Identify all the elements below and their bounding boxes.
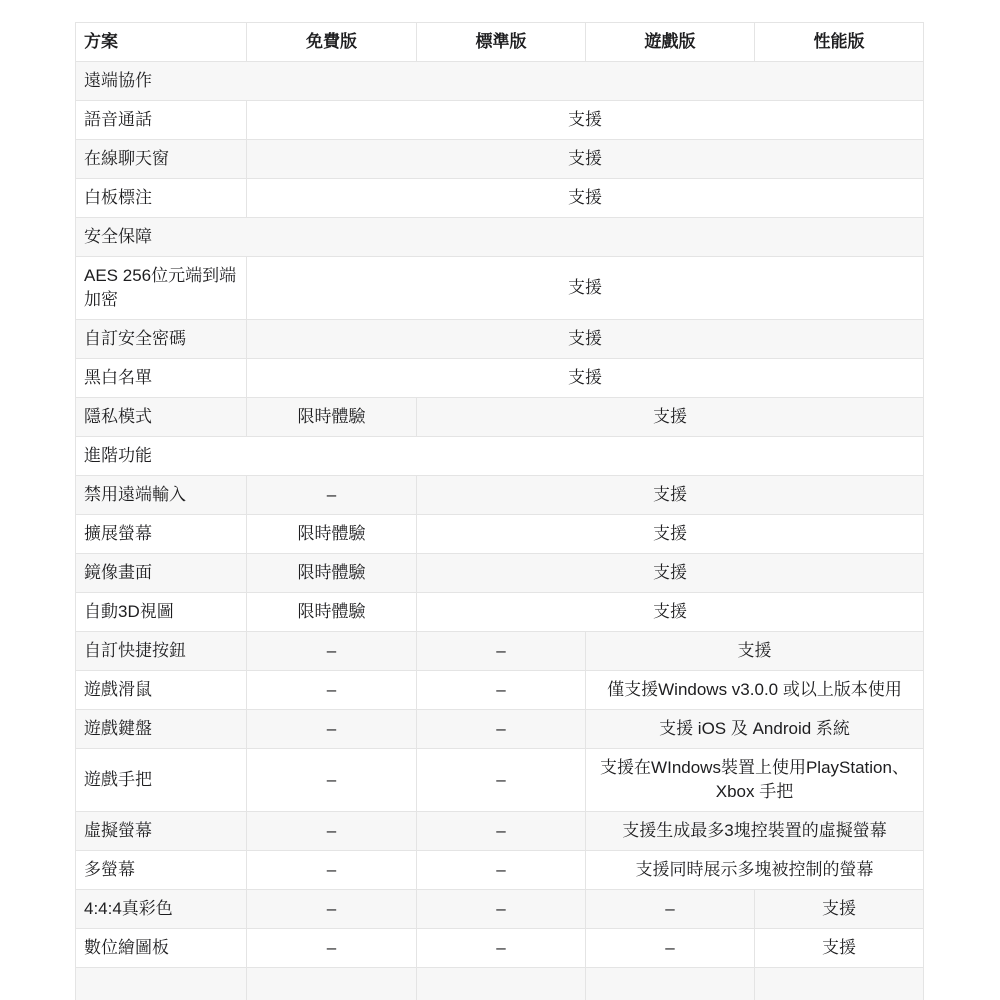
feature-label [76, 968, 247, 1000]
feature-value: 支援 [417, 476, 924, 515]
feature-label: 隱私模式 [76, 398, 247, 437]
feature-row-game-keyboard: 遊戲鍵盤 – – 支援 iOS 及 Android 系統 [76, 710, 924, 749]
feature-value-free: – [247, 749, 417, 812]
section-label: 進階功能 [76, 437, 924, 476]
feature-label: 遊戲滑鼠 [76, 671, 247, 710]
table-header: 方案 免費版 標準版 遊戲版 性能版 [76, 23, 924, 62]
feature-value-free: 限時體驗 [247, 515, 417, 554]
feature-row-partial [76, 968, 924, 1000]
feature-value-free: – [247, 890, 417, 929]
feature-value: 支援在WIndows裝置上使用PlayStation、Xbox 手把 [586, 749, 924, 812]
feature-value: 支援 [247, 359, 924, 398]
feature-row-game-controller: 遊戲手把 – – 支援在WIndows裝置上使用PlayStation、Xbox… [76, 749, 924, 812]
feature-value-free: – [247, 632, 417, 671]
feature-label: 遊戲鍵盤 [76, 710, 247, 749]
feature-row-blacklist-whitelist: 黑白名單 支援 [76, 359, 924, 398]
feature-label: AES 256位元端到端加密 [76, 257, 247, 320]
header-free: 免費版 [247, 23, 417, 62]
feature-label: 語音通話 [76, 101, 247, 140]
feature-value-standard: – [417, 812, 586, 851]
feature-value-standard: – [417, 749, 586, 812]
feature-value-standard: – [417, 851, 586, 890]
section-row-security: 安全保障 [76, 218, 924, 257]
feature-value: 支援同時展示多塊被控制的螢幕 [586, 851, 924, 890]
feature-label: 自訂快捷按鈕 [76, 632, 247, 671]
feature-value: 支援生成最多3塊控裝置的虛擬螢幕 [586, 812, 924, 851]
feature-value-standard: – [417, 710, 586, 749]
feature-label: 擴展螢幕 [76, 515, 247, 554]
header-performance: 性能版 [755, 23, 924, 62]
feature-value-free: – [247, 851, 417, 890]
feature-value: 支援 [586, 632, 924, 671]
feature-value-free: – [247, 710, 417, 749]
feature-row-mirror-screen: 鏡像畫面 限時體驗 支援 [76, 554, 924, 593]
feature-value-game [586, 968, 755, 1000]
section-row-remote-collab: 遠端協作 [76, 62, 924, 101]
feature-value-standard: – [417, 671, 586, 710]
feature-value-game: – [586, 929, 755, 968]
feature-row-online-chat: 在線聊天窗 支援 [76, 140, 924, 179]
feature-row-disable-remote-input: 禁用遠端輸入 – 支援 [76, 476, 924, 515]
feature-label: 數位繪圖板 [76, 929, 247, 968]
header-standard: 標準版 [417, 23, 586, 62]
feature-row-virtual-screen: 虛擬螢幕 – – 支援生成最多3塊控裝置的虛擬螢幕 [76, 812, 924, 851]
feature-value-free: 限時體驗 [247, 593, 417, 632]
feature-value-free [247, 968, 417, 1000]
feature-value-performance: 支援 [755, 890, 924, 929]
feature-value: 支援 [247, 179, 924, 218]
section-row-advanced: 進階功能 [76, 437, 924, 476]
feature-row-aes-encryption: AES 256位元端到端加密 支援 [76, 257, 924, 320]
feature-label: 4:4:4真彩色 [76, 890, 247, 929]
feature-value-free: – [247, 476, 417, 515]
feature-label: 虛擬螢幕 [76, 812, 247, 851]
feature-value: 僅支援Windows v3.0.0 或以上版本使用 [586, 671, 924, 710]
feature-label: 自訂安全密碼 [76, 320, 247, 359]
feature-row-digital-drawing-board: 數位繪圖板 – – – 支援 [76, 929, 924, 968]
feature-row-game-mouse: 遊戲滑鼠 – – 僅支援Windows v3.0.0 或以上版本使用 [76, 671, 924, 710]
feature-label: 多螢幕 [76, 851, 247, 890]
feature-value: 支援 [247, 140, 924, 179]
feature-value-free: 限時體驗 [247, 398, 417, 437]
feature-value-free: 限時體驗 [247, 554, 417, 593]
feature-value: 支援 [417, 554, 924, 593]
header-row: 方案 免費版 標準版 遊戲版 性能版 [76, 23, 924, 62]
feature-row-custom-shortcut: 自訂快捷按鈕 – – 支援 [76, 632, 924, 671]
feature-row-whiteboard: 白板標注 支援 [76, 179, 924, 218]
section-label: 遠端協作 [76, 62, 924, 101]
feature-label: 鏡像畫面 [76, 554, 247, 593]
feature-value: 支援 [417, 593, 924, 632]
header-plan: 方案 [76, 23, 247, 62]
feature-value-performance [755, 968, 924, 1000]
feature-row-auto-3d-view: 自動3D視圖 限時體驗 支援 [76, 593, 924, 632]
feature-value: 支援 [247, 257, 924, 320]
feature-row-custom-password: 自訂安全密碼 支援 [76, 320, 924, 359]
feature-value-free: – [247, 671, 417, 710]
feature-label: 遊戲手把 [76, 749, 247, 812]
feature-value: 支援 [417, 398, 924, 437]
header-game: 遊戲版 [586, 23, 755, 62]
section-label: 安全保障 [76, 218, 924, 257]
feature-value-standard [417, 968, 586, 1000]
feature-value-standard: – [417, 929, 586, 968]
plan-comparison-table: 方案 免費版 標準版 遊戲版 性能版 遠端協作 語音通話 支援 在線聊天窗 支援… [75, 22, 924, 1000]
feature-value-free: – [247, 812, 417, 851]
feature-row-444-true-color: 4:4:4真彩色 – – – 支援 [76, 890, 924, 929]
feature-row-voice-call: 語音通話 支援 [76, 101, 924, 140]
feature-value-standard: – [417, 890, 586, 929]
feature-row-privacy-mode: 隱私模式 限時體驗 支援 [76, 398, 924, 437]
feature-row-extend-screen: 擴展螢幕 限時體驗 支援 [76, 515, 924, 554]
feature-value: 支援 [247, 101, 924, 140]
feature-value-free: – [247, 929, 417, 968]
feature-value-game: – [586, 890, 755, 929]
feature-label: 自動3D視圖 [76, 593, 247, 632]
feature-value: 支援 iOS 及 Android 系統 [586, 710, 924, 749]
feature-value-standard: – [417, 632, 586, 671]
feature-label: 白板標注 [76, 179, 247, 218]
feature-value: 支援 [247, 320, 924, 359]
feature-value: 支援 [417, 515, 924, 554]
feature-label: 黑白名單 [76, 359, 247, 398]
feature-value-performance: 支援 [755, 929, 924, 968]
feature-label: 在線聊天窗 [76, 140, 247, 179]
feature-label: 禁用遠端輸入 [76, 476, 247, 515]
feature-row-multi-screen: 多螢幕 – – 支援同時展示多塊被控制的螢幕 [76, 851, 924, 890]
